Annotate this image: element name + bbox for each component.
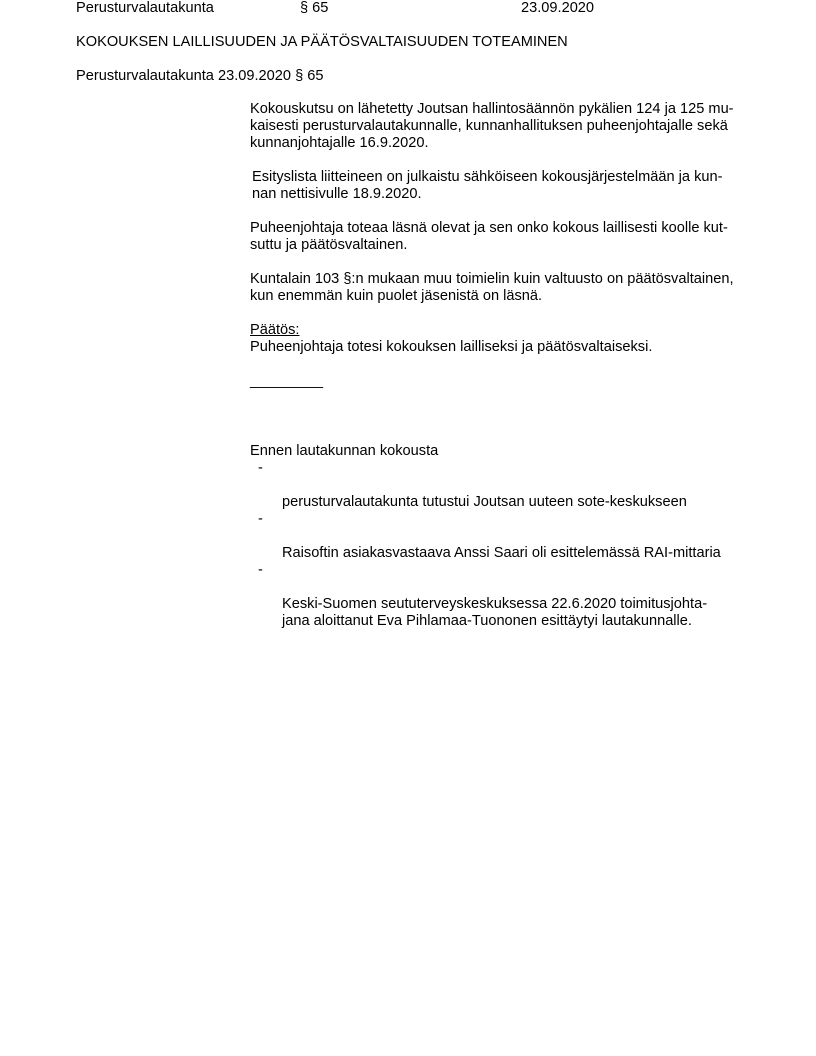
paragraph-agenda: Esityslista liitteineen on julkaistu säh… bbox=[252, 169, 752, 203]
list-item-text: Keski-Suomen seututerveyskeskuksessa 22.… bbox=[282, 596, 707, 629]
paragraph-quorum-check: Puheenjohtaja toteaa läsnä olevat ja sen… bbox=[250, 220, 750, 254]
notes-list: - perusturvalautakunta tutustui Joutsan … bbox=[250, 460, 750, 630]
dash-bullet: - bbox=[258, 460, 263, 477]
paragraph-text: Kokouskutsu on lähetetty Joutsan hallint… bbox=[250, 101, 750, 152]
decision-text: Puheenjohtaja totesi kokouksen laillisek… bbox=[250, 339, 750, 356]
list-item-text: perusturvalautakunta tutustui Joutsan uu… bbox=[282, 494, 687, 510]
dash-bullet: - bbox=[258, 562, 263, 579]
signature-line: _________ bbox=[250, 373, 750, 390]
paragraph-text: Esityslista liitteineen on julkaistu säh… bbox=[252, 169, 752, 203]
header-date: 23.09.2020 bbox=[521, 0, 594, 17]
paragraph-text: Kuntalain 103 §:n mukaan muu toimielin k… bbox=[250, 271, 750, 305]
decision-label: Päätös: bbox=[250, 322, 750, 339]
dash-bullet: - bbox=[258, 511, 263, 528]
notes-block: Ennen lautakunnan kokousta - perusturval… bbox=[250, 443, 750, 630]
paragraph-text: Puheenjohtaja toteaa läsnä olevat ja sen… bbox=[250, 220, 750, 254]
paragraph-invitation: Kokouskutsu on lähetetty Joutsan hallint… bbox=[250, 101, 750, 152]
notes-intro: Ennen lautakunnan kokousta bbox=[250, 443, 750, 460]
decision-block: Päätös: Puheenjohtaja totesi kokouksen l… bbox=[250, 322, 750, 356]
list-item: - Raisoftin asiakasvastaava Anssi Saari … bbox=[250, 511, 750, 562]
list-item-text: Raisoftin asiakasvastaava Anssi Saari ol… bbox=[282, 545, 721, 561]
document-title: KOKOUKSEN LAILLISUUDEN JA PÄÄTÖSVALTAISU… bbox=[76, 34, 568, 51]
header-body-name: Perusturvalautakunta bbox=[76, 0, 214, 17]
meeting-reference: Perusturvalautakunta 23.09.2020 § 65 bbox=[76, 68, 323, 85]
paragraph-municipal-law: Kuntalain 103 §:n mukaan muu toimielin k… bbox=[250, 271, 750, 305]
list-item: - Keski-Suomen seututerveyskeskuksessa 2… bbox=[250, 562, 750, 630]
list-item: - perusturvalautakunta tutustui Joutsan … bbox=[250, 460, 750, 511]
header-section: § 65 bbox=[300, 0, 328, 17]
